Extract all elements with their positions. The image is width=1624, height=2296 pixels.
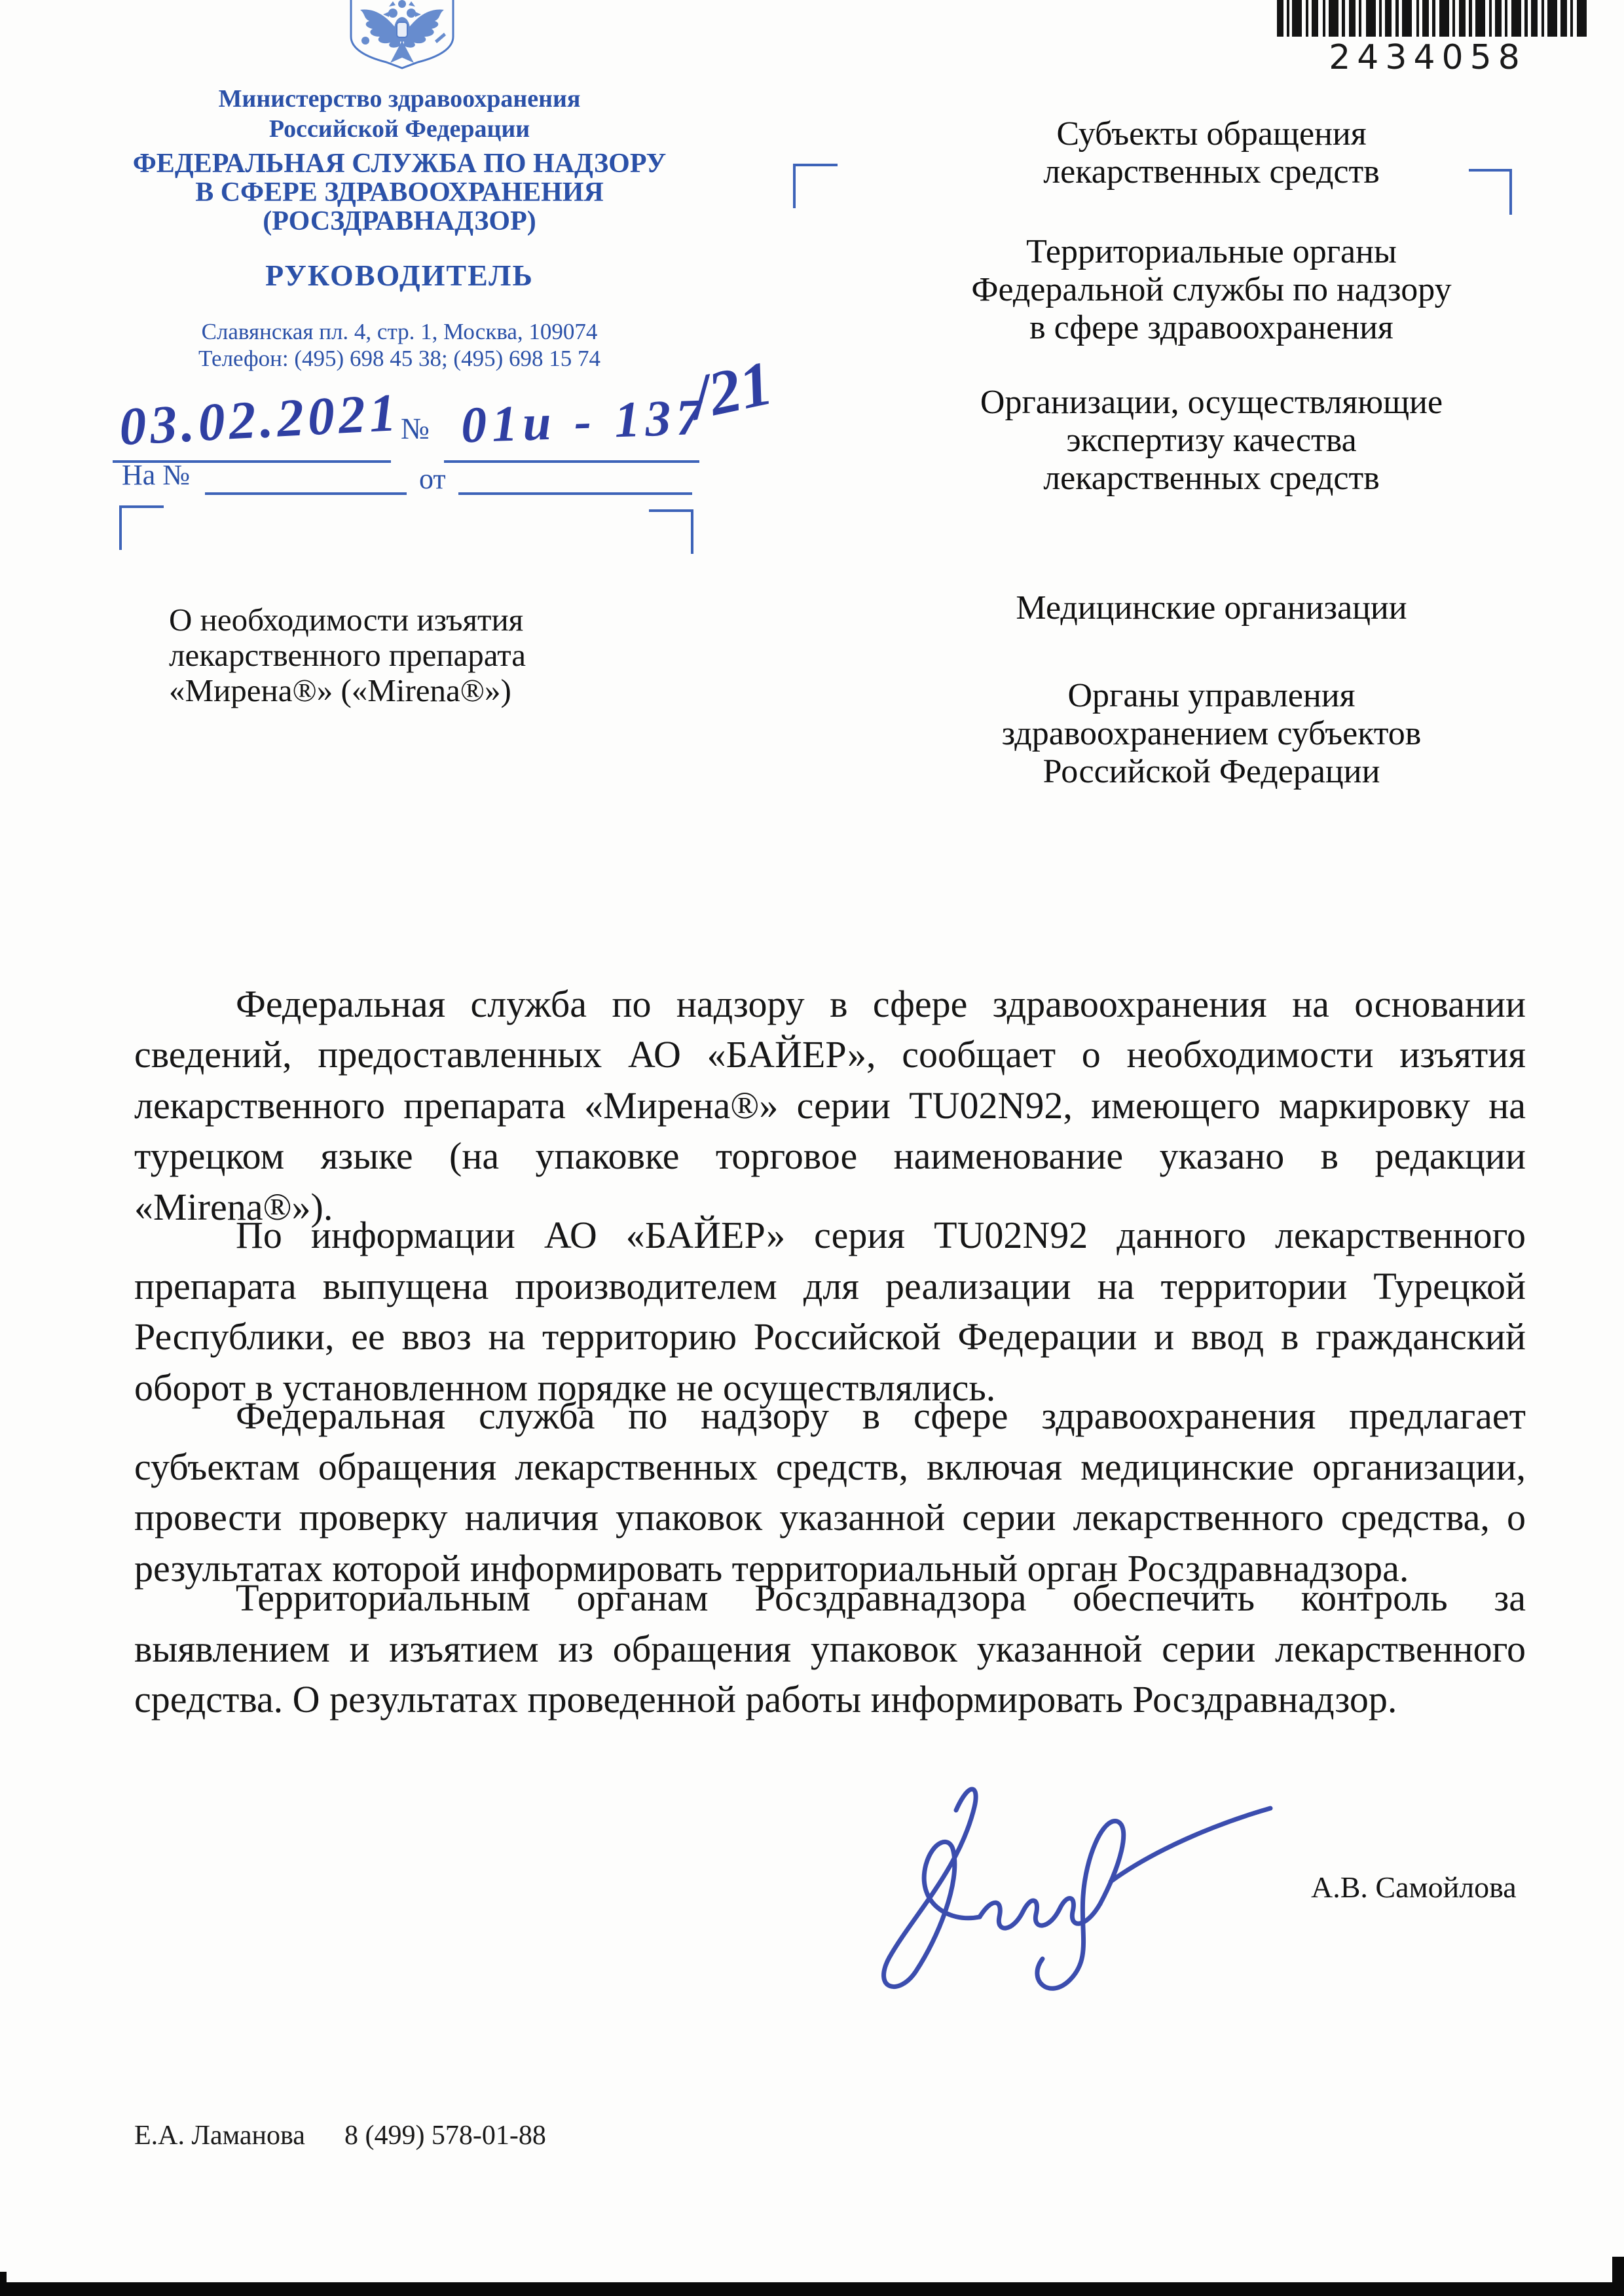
addressee-block: Медицинские организации [871,589,1552,627]
number-underline [444,460,699,463]
addressee-line: Российской Федерации [871,753,1552,791]
body-line: Территориальным органам Росздравнадзора … [236,1576,1526,1624]
scan-bottom-edge [0,2282,1624,2296]
ministry-line2: Российской Федерации [56,114,743,144]
addressee-line: лекарственных средств [871,153,1552,191]
body-line: средства. О результатах проведенной рабо… [134,1677,1526,1726]
addressee-line: Организации, осуществляющие [871,384,1552,422]
body-line: Федеральная служба по надзору в сфере зд… [236,1394,1526,1442]
handwritten-number-suffix: /21 [685,346,779,433]
body-line: По информации АО «БАЙЕР» серия TU02N92 д… [236,1213,1526,1262]
body-line: провести проверку наличия упаковок указа… [134,1495,1526,1544]
number-sign: № [401,411,430,446]
addressee-line: здравоохранением субъектов [871,715,1552,753]
reply-date-underline [458,492,692,495]
barcode [1277,0,1587,37]
subject-corner-mark-right [649,509,693,554]
reply-number-underline [205,492,407,495]
position-title: РУКОВОДИТЕЛЬ [56,259,743,292]
scan-left-edge [0,2272,7,2296]
address-corner-mark-top-left [793,164,838,208]
addressee-block: Органы управления здравоохранением субъе… [871,677,1552,791]
scan-right-edge [1612,2257,1624,2296]
addressees-column: Субъекты обращения лекарственных средств… [871,115,1552,791]
addressee-line: Органы управления [871,677,1552,715]
coat-of-arms-emblem [346,0,458,73]
body-line: лекарственного препарата «Мирена®» серии… [134,1084,1526,1132]
addressee-line: в сфере здравоохранения [871,309,1552,347]
ministry-line1: Министерство здравоохранения [56,84,743,114]
letterhead: Министерство здравоохранения Российской … [56,84,743,372]
service-line2: В СФЕРЕ ЗДРАВООХРАНЕНИЯ [56,178,743,207]
subject-line: лекарственного препарата [169,638,706,673]
addressee-line: экспертизу качества [871,422,1552,460]
body-line: выявлением и изъятием из обращения упако… [134,1627,1526,1675]
executor-name: Е.А. Ламанова [134,2120,305,2151]
handwritten-signature [851,1761,1283,2023]
addressee-block: Организации, осуществляющие экспертизу к… [871,384,1552,498]
subject-corner-mark-left [119,505,164,550]
executor-phone: 8 (499) 578-01-88 [344,2120,546,2151]
addressee-line: Субъекты обращения [871,115,1552,153]
addressee-line: лекарственных средств [871,460,1552,498]
body-line: Республики, ее ввоз на территорию Россий… [134,1315,1526,1363]
addressee-line: Федеральной службы по надзору [871,271,1552,309]
subject-line: О необходимости изъятия [169,602,706,638]
reply-to-label: На № [122,458,190,492]
body-line: турецком языке (на упаковке торговое наи… [134,1134,1526,1182]
body-line: субъектам обращения лекарственных средст… [134,1445,1526,1493]
letterhead-phone: Телефон: (495) 698 45 38; (495) 698 15 7… [56,346,743,372]
service-line3: (РОСЗДРАВНАДЗОР) [56,207,743,236]
reply-from-label: от [419,462,446,496]
addressee-line: Медицинские организации [871,589,1552,627]
letterhead-address: Славянская пл. 4, стр. 1, Москва, 109074 [56,318,743,346]
body-line: сведений, предоставленных АО «БАЙЕР», со… [134,1032,1526,1081]
scanned-letter-page: 2434058 Министерство здравоохранения Рос… [0,0,1624,2296]
body-line: Федеральная служба по надзору в сфере зд… [236,982,1526,1030]
barcode-number: 2434058 [1280,38,1575,77]
addressee-line: Территориальные органы [871,233,1552,271]
signer-name: А.В. Самойлова [1311,1870,1517,1904]
handwritten-date: 03.02.2021 [118,382,401,458]
handwritten-number: 01и - 137 [460,387,708,454]
addressee-block: Субъекты обращения лекарственных средств [871,115,1552,191]
subject-block: О необходимости изъятия лекарственного п… [169,602,706,708]
executor-line: Е.А. Ламанова 8 (499) 578-01-88 [134,2120,546,2151]
body-line: препарата выпущена производителем для ре… [134,1264,1526,1313]
subject-line: «Мирена®» («Mirena®») [169,673,706,708]
service-line1: ФЕДЕРАЛЬНАЯ СЛУЖБА ПО НАДЗОРУ [56,149,743,178]
addressee-block: Территориальные органы Федеральной служб… [871,233,1552,347]
